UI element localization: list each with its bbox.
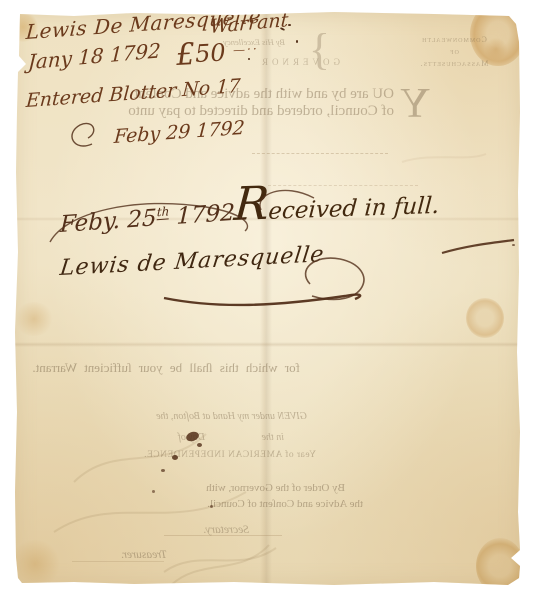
ink-blot: [185, 430, 200, 443]
blotter-entry-date: Feby 29 1792: [113, 117, 245, 148]
ink-speck: [296, 40, 298, 43]
receipt-date-ordinal: th: [157, 205, 170, 221]
docket-amount: £50 —··: [175, 34, 260, 73]
receipt-date: Feby. 25th 1792: [60, 200, 236, 238]
ink-speck: [512, 244, 515, 246]
receipt-date-day: Feby. 25: [60, 205, 158, 238]
ink-speck: [152, 490, 155, 493]
docket-date: Jany 18 1792: [27, 38, 161, 74]
pound-sign: £: [175, 37, 196, 73]
receipt-date-year: 1792: [169, 200, 236, 231]
ink-speck: [161, 469, 165, 472]
amount-flourish: —··: [233, 42, 259, 57]
handwriting-layer: Lewis De Maresquelle Warrant Jany 18 179…: [14, 12, 521, 586]
scan-background: Commonwealth of Massachusetts. } By His …: [0, 0, 537, 600]
signature: Lewis de Maresquelle: [58, 242, 325, 281]
ink-speck: [248, 58, 250, 60]
ink-speck: [197, 443, 202, 447]
ink-speck: [288, 24, 291, 26]
blotter-entry-note: Entered Blotter No 17: [25, 75, 241, 112]
received-in-full-statement: Received in full.: [233, 187, 441, 226]
document-sheet: Commonwealth of Massachusetts. } By His …: [14, 12, 521, 586]
ink-speck: [172, 455, 178, 460]
ink-speck: [210, 505, 213, 508]
amount-value: 50: [194, 38, 226, 68]
